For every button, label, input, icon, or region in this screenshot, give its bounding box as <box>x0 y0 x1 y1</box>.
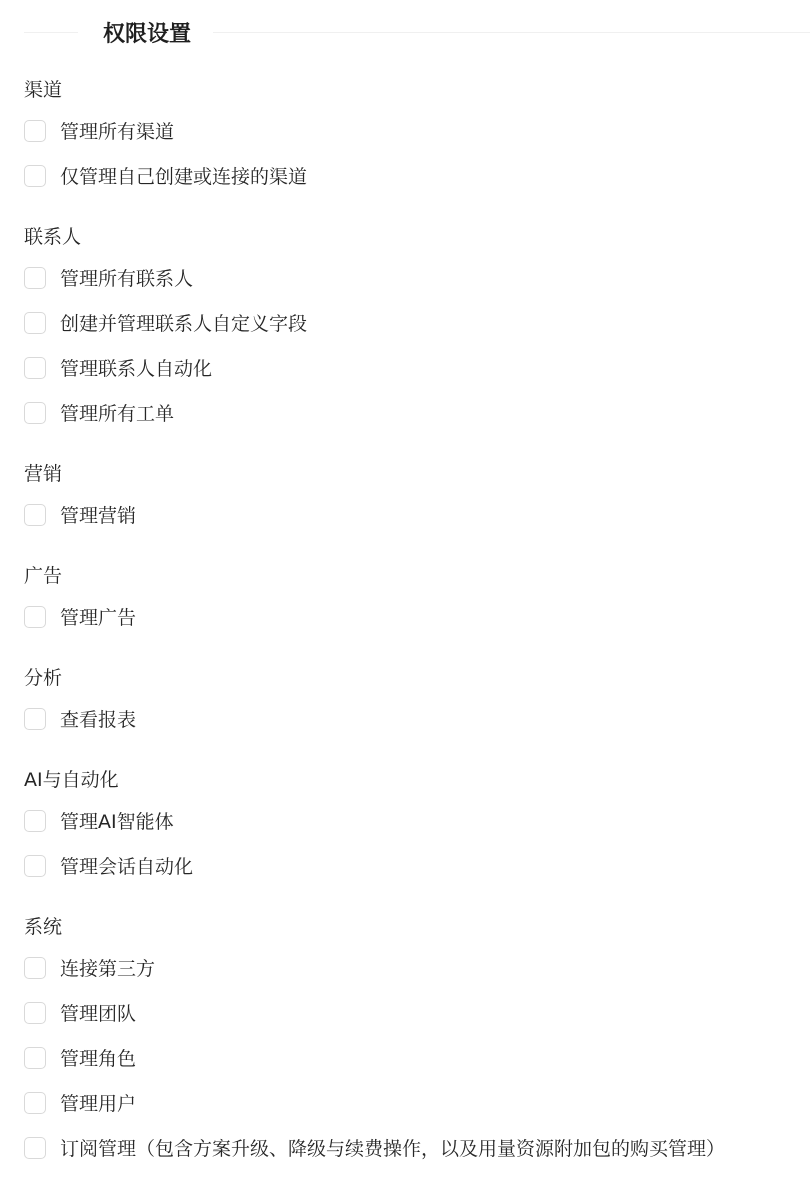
permission-option[interactable]: 管理联系人自动化 <box>24 345 307 390</box>
permission-label: 管理广告 <box>60 603 136 630</box>
permission-option[interactable]: 管理营销 <box>24 492 136 537</box>
group-items: 管理广告 <box>24 594 136 639</box>
permission-group: 联系人管理所有联系人创建并管理联系人自定义字段管理联系人自动化管理所有工单 <box>24 219 307 435</box>
permission-group: 渠道管理所有渠道仅管理自己创建或连接的渠道 <box>24 72 307 198</box>
group-label: 分析 <box>24 660 136 696</box>
checkbox[interactable] <box>24 1002 46 1024</box>
group-items: 管理AI智能体管理会话自动化 <box>24 798 193 888</box>
checkbox[interactable] <box>24 120 46 142</box>
permission-label: 创建并管理联系人自定义字段 <box>60 309 307 336</box>
permission-option[interactable]: 管理所有工单 <box>24 390 307 435</box>
checkbox[interactable] <box>24 267 46 289</box>
section-title: 权限设置 <box>103 17 191 48</box>
permission-label: 管理营销 <box>60 501 136 528</box>
checkbox[interactable] <box>24 165 46 187</box>
checkbox[interactable] <box>24 402 46 424</box>
group-items: 查看报表 <box>24 696 136 741</box>
group-items: 管理所有渠道仅管理自己创建或连接的渠道 <box>24 108 307 198</box>
checkbox[interactable] <box>24 855 46 877</box>
permission-label: 管理会话自动化 <box>60 852 193 879</box>
permission-option[interactable]: 管理会话自动化 <box>24 843 193 888</box>
permission-label: 管理所有工单 <box>60 399 174 426</box>
group-label: 系统 <box>24 909 725 945</box>
group-items: 管理所有联系人创建并管理联系人自定义字段管理联系人自动化管理所有工单 <box>24 255 307 435</box>
group-label: 联系人 <box>24 219 307 255</box>
permission-label: 仅管理自己创建或连接的渠道 <box>60 162 307 189</box>
permission-option[interactable]: 仅管理自己创建或连接的渠道 <box>24 153 307 198</box>
permission-group: 营销管理营销 <box>24 456 136 537</box>
permission-label: 管理团队 <box>60 999 136 1026</box>
group-label: AI与自动化 <box>24 762 193 798</box>
permission-label: 管理角色 <box>60 1044 136 1071</box>
checkbox[interactable] <box>24 1047 46 1069</box>
checkbox[interactable] <box>24 606 46 628</box>
checkbox[interactable] <box>24 810 46 832</box>
permission-option[interactable]: 管理用户 <box>24 1080 725 1125</box>
checkbox[interactable] <box>24 312 46 334</box>
permission-option[interactable]: 查看报表 <box>24 696 136 741</box>
group-label: 广告 <box>24 558 136 594</box>
permission-label: 连接第三方 <box>60 954 155 981</box>
permission-option[interactable]: 订阅管理（包含方案升级、降级与续费操作，以及用量资源附加包的购买管理） <box>24 1125 725 1170</box>
permission-label: 订阅管理（包含方案升级、降级与续费操作，以及用量资源附加包的购买管理） <box>60 1134 725 1161</box>
checkbox[interactable] <box>24 957 46 979</box>
permission-group: 系统连接第三方管理团队管理角色管理用户订阅管理（包含方案升级、降级与续费操作，以… <box>24 909 725 1170</box>
permission-group: 广告管理广告 <box>24 558 136 639</box>
divider-right <box>213 32 810 33</box>
group-label: 渠道 <box>24 72 307 108</box>
permission-group: AI与自动化管理AI智能体管理会话自动化 <box>24 762 193 888</box>
divider-left <box>24 32 78 33</box>
permission-label: 管理所有渠道 <box>60 117 174 144</box>
checkbox[interactable] <box>24 504 46 526</box>
permission-option[interactable]: 管理角色 <box>24 1035 725 1080</box>
group-items: 管理营销 <box>24 492 136 537</box>
checkbox[interactable] <box>24 708 46 730</box>
permission-label: 管理联系人自动化 <box>60 354 212 381</box>
section-title-row: 权限设置 <box>24 14 810 50</box>
permission-option[interactable]: 创建并管理联系人自定义字段 <box>24 300 307 345</box>
permission-group: 分析查看报表 <box>24 660 136 741</box>
permission-label: 管理用户 <box>60 1089 136 1116</box>
checkbox[interactable] <box>24 1092 46 1114</box>
permission-option[interactable]: 连接第三方 <box>24 945 725 990</box>
permission-label: 管理AI智能体 <box>60 807 174 834</box>
permission-option[interactable]: 管理AI智能体 <box>24 798 193 843</box>
permission-label: 管理所有联系人 <box>60 264 193 291</box>
permission-option[interactable]: 管理广告 <box>24 594 136 639</box>
group-label: 营销 <box>24 456 136 492</box>
permission-option[interactable]: 管理团队 <box>24 990 725 1035</box>
permission-option[interactable]: 管理所有渠道 <box>24 108 307 153</box>
checkbox[interactable] <box>24 357 46 379</box>
permission-option[interactable]: 管理所有联系人 <box>24 255 307 300</box>
checkbox[interactable] <box>24 1137 46 1159</box>
permission-label: 查看报表 <box>60 705 136 732</box>
group-items: 连接第三方管理团队管理角色管理用户订阅管理（包含方案升级、降级与续费操作，以及用… <box>24 945 725 1170</box>
